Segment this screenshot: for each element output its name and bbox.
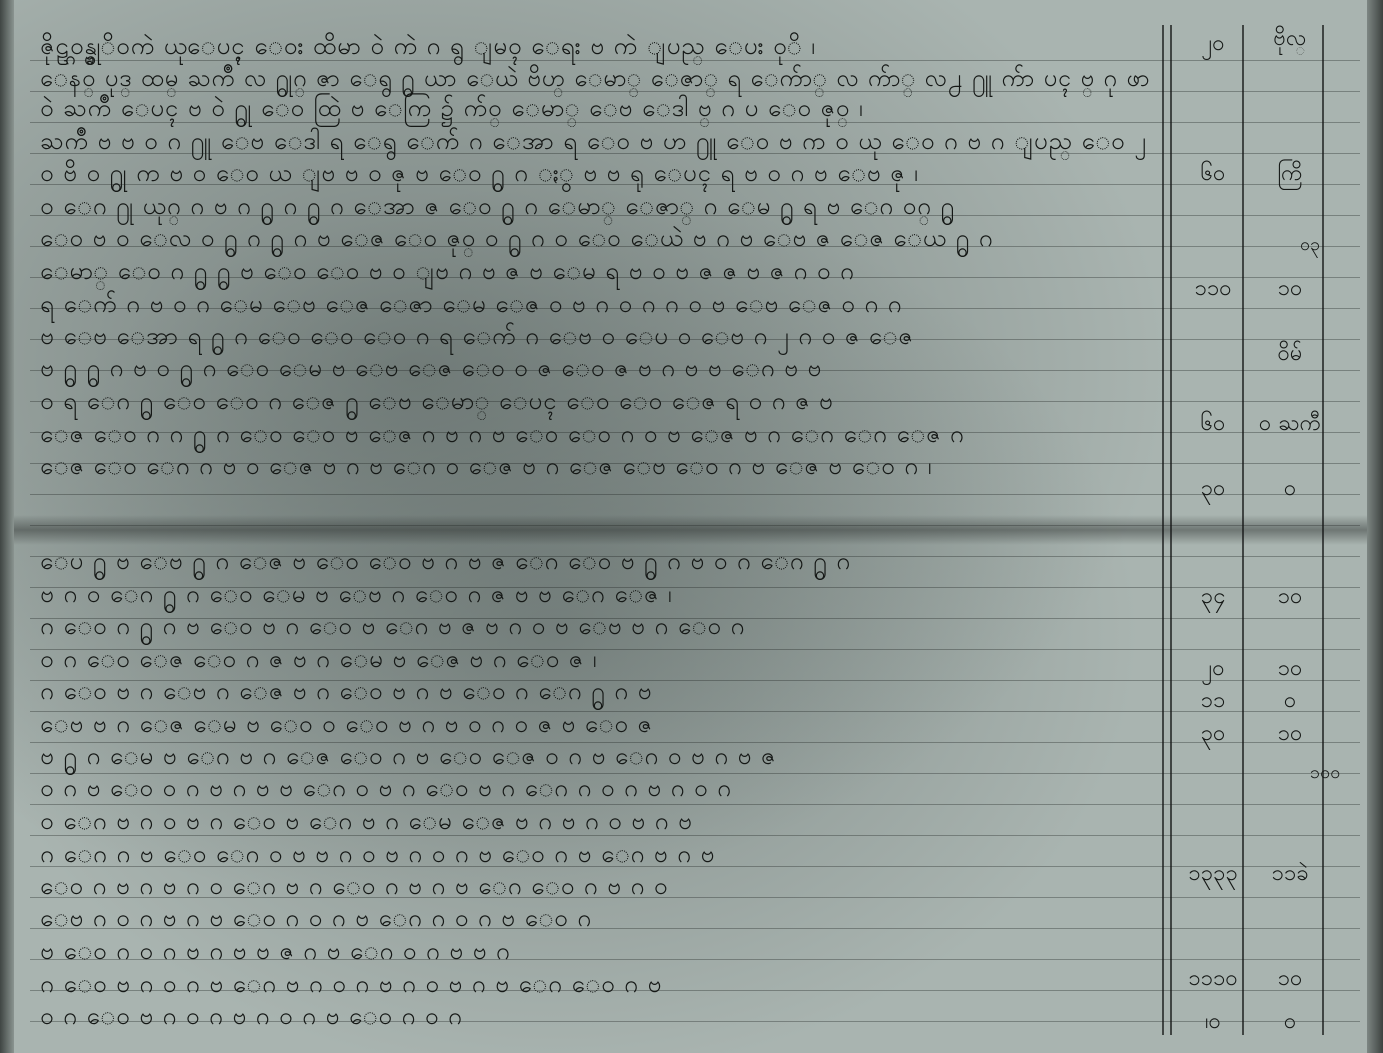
manuscript-line: ေမာ္ ေဝ ဂ ႐ွ ႐ွ ဗ ေဝ ေဝ ဗ ဝ ျဗ ဂ ဗ ဇ ဗ ေ… xyxy=(40,255,855,291)
manuscript-line: ေဝ ဂ ဗ ဂ ဗ ဂ ဝ ေဂ ဗ ဂ ေဝ ဂ ဗ ဂ ဗ ေဂ ေဝ ဂ… xyxy=(40,870,668,906)
manuscript-line: ဂ ေဂ ဂ ဗ ေဝ ေဂ ဝ ဗ ဗ ဂ ဝ ဗ ဂ ဝ ဂ ဗ ေဝ ဂ … xyxy=(40,838,715,874)
manuscript-line: ဝ ဗိ ဝ ႐ွု က ဗ ဝ ေဝ ယ ျဗ ဗ ဝ ဇု ဗ ေဝ ႐ွ … xyxy=(40,157,919,193)
manuscript-line: ႀကိဳ ဗ ဗ ဝ ဂ ႐ူ ေဗ ေဒါ ရ ေရွ ေက် ဂ ေအာ ရ… xyxy=(40,125,1147,161)
manuscript-line: ဂ ေဝ ဂ ႐ွ ဂ ဗ ေဝ ဗ ဂ ေဝ ဗ ေဂ ဗ ဇ ဗ ဂ ဝ ဗ… xyxy=(40,610,745,646)
manuscript-line: ေဇ ေဝ ဂ ဂ ႐ွ ဂ ေဝ ေဝ ဗ ေဇ ဂ ဗ ဂ ဗ ေဝ ေဝ … xyxy=(40,418,965,454)
amount-entry: ၁၀ xyxy=(1245,963,1335,996)
amount-entry: ၁၀ xyxy=(1245,581,1335,614)
amount-entry: ၁၀ xyxy=(1245,653,1335,686)
manuscript-line: ရ ေက် ဂ ဗ ဝ ဂ ေမ ေဗ ေဇ ေဇာ ေမ ေဇ ဝ ဗ ဂ ဝ… xyxy=(40,288,902,324)
amount-entry: ၁၁ခဲ xyxy=(1245,858,1335,891)
manuscript-line: ဗ ေဝ ဂ ဝ ဂ ဗ ဂ ဗ ဗ ဇ ဂ ဗ ေဂ ဝ ဂ ဗ ဗ ဂ xyxy=(40,935,511,971)
column-divider-text xyxy=(1162,25,1164,1035)
manuscript-line: ဗ ဂ ဝ ေဂ ႐ွ ဂ ေဝ ေမ ဗ ေဗ ဂ ေဝ ဂ ဇ ဗ ဗ ေဂ… xyxy=(40,578,673,614)
manuscript-line: ဇိုဠ္ဂ္ဗဝန္ခုိဝကဲ ယုေပၚ့ ေဝး ထိမာ ဝဲ ကဲ … xyxy=(40,30,816,66)
manuscript-line: ဝ ဂ ေဝ ေဇ ေဝ ဂ ဇ ဗ ဂ ေမ ဗ ေဇ ဗ ဂ ေဝ ဇ ၊ xyxy=(40,643,597,679)
photo-left-edge xyxy=(0,0,14,1053)
manuscript-line: ဝ ဂ ေဝ ဗ ဂ ဝ ဂ ဗ ဂ ဝ ဂ ဗ ေဝ ဂ ဝ ဂ xyxy=(40,1000,463,1036)
manuscript-line: ဝ ရ ေဂ ႐ွ ေဝ ေဝ ဂ ေဇ ႐ွ ေဗ ေမာ္ ေပၚ ေဝ ေ… xyxy=(40,385,834,421)
amount-entry: ၁၀ xyxy=(1245,273,1335,306)
manuscript-line: ဗ ႐ွ ႐ွ ဂ ဗ ဝ ႐ွ ဂ ေဝ ေမ ဗ ေဗ ေဇ ေဝ ဝ ဇ … xyxy=(40,352,822,388)
manuscript-line: ဗ ႐ွ ဂ ေမ ဗ ေဂ ဗ ဂ ေဇ ေဝ ဂ ဗ ေဝ ေဇ ဝ ဂ ဗ… xyxy=(40,740,776,776)
margin-note: ၁၀ဝ xyxy=(1310,760,1340,787)
manuscript-page: ဇိုဠ္ဂ္ဗဝန္ခုိဝကဲ ယုေပၚ့ ေဝး ထိမာ ဝဲ ကဲ … xyxy=(0,0,1383,1053)
amount-entry: ဝ xyxy=(1245,473,1335,506)
photo-right-edge xyxy=(1367,0,1383,1053)
amount-entry: ဗိုလ္ xyxy=(1245,23,1335,56)
amount-entry: ၀ xyxy=(1245,1006,1335,1039)
manuscript-line: ဗ ေဗ ေအာ ရ ႐ွ ဂ ေဝ ေဝ ေဝ ဂ ရ ေက် ဂ ေဗ ဝ … xyxy=(40,320,914,356)
manuscript-line: ေဗ ဗ ဂ ေဇ ေမ ဗ ေဝ ဝ ေဝ ဗ ဂ ဗ ဝ ဂ ဝ ဇ ဗ ေ… xyxy=(40,708,653,744)
manuscript-line: ဝ ေဂ ဗ ဂ ဝ ဗ ဂ ေဝ ဗ ေဂ ဗ ဂ ေမ ေဇ ဗ ဂ ဗ ဂ… xyxy=(40,805,693,841)
manuscript-line: ေဝ ဗ ဝ ေလ ဝ ႐ွ ဂ ႐ွ ဂ ဗ ေဇ ေဝ ဇုဝ္ ဝ ႐ွ … xyxy=(40,222,994,258)
amount-entry: ၀ xyxy=(1245,685,1335,718)
amount-entry: ၀ ႀကီ xyxy=(1245,408,1335,441)
manuscript-line: ဝ ေဂ ႐ု ယုဂ္ ဂ ဗ ဂ ႐ွ ဂ ႐ွ ဂ ေအာ ဇ ေဝ ႐ွ… xyxy=(40,190,955,226)
paper-fold-shadow xyxy=(14,515,1367,545)
manuscript-line: ဝဲ ႀကိဳ ေပၚ ဗ ဝဲ ႐ွု ေဝ ထြဲ ဗ ေကြ ၌ က်ဝ္… xyxy=(40,92,864,128)
manuscript-line: ဝ ဂ ဗ ေဝ ဝ ဂ ဗ ဂ ဗ ဗ ေဂ ဝ ဗ ဂ ေဝ ဗ ဂ ေဂ … xyxy=(40,772,732,808)
manuscript-line: ေဇ ေဝ ေဂ ဂ ဗ ဝ ေဇ ဗ ဂ ဗ ေဂ ဝ ေဇ ဗ ဂ ေဇ ေ… xyxy=(40,450,932,486)
manuscript-line: ဂ ေဝ ဗ ဂ ေဗ ဂ ေဇ ဗ ဂ ေဝ ဗ ဂ ဗ ေဝ ဂ ေဂ ႐ွ… xyxy=(40,675,652,711)
margin-note: ဝ၃ xyxy=(1300,232,1320,259)
amount-entry: ဝိမ် xyxy=(1245,338,1335,371)
manuscript-line: ဂ ေဝ ဗ ဂ ဝ ဂ ဗ ေဂ ဗ ဂ ဝ ဂ ဗ ဂ ဝ ဗ ဂ ဗ ေဂ… xyxy=(40,968,662,1004)
manuscript-line: ေဗ ဂ ဝ ဂ ဗ ဂ ဗ ေဝ ဂ ဝ ဂ ဗ ေဂ ဂ ဝ ဂ ဗ ေဝ … xyxy=(40,902,592,938)
amount-entry: ၁၀ xyxy=(1245,718,1335,751)
amount-entry: ကြိ xyxy=(1245,158,1335,191)
manuscript-line: ေပ ႐ွ ဗ ေဗ ႐ွ ဂ ေဇ ဗ ေဝ ေဝ ဗ ဂ ဗ ဇ ေဂ ေဝ… xyxy=(40,545,851,581)
